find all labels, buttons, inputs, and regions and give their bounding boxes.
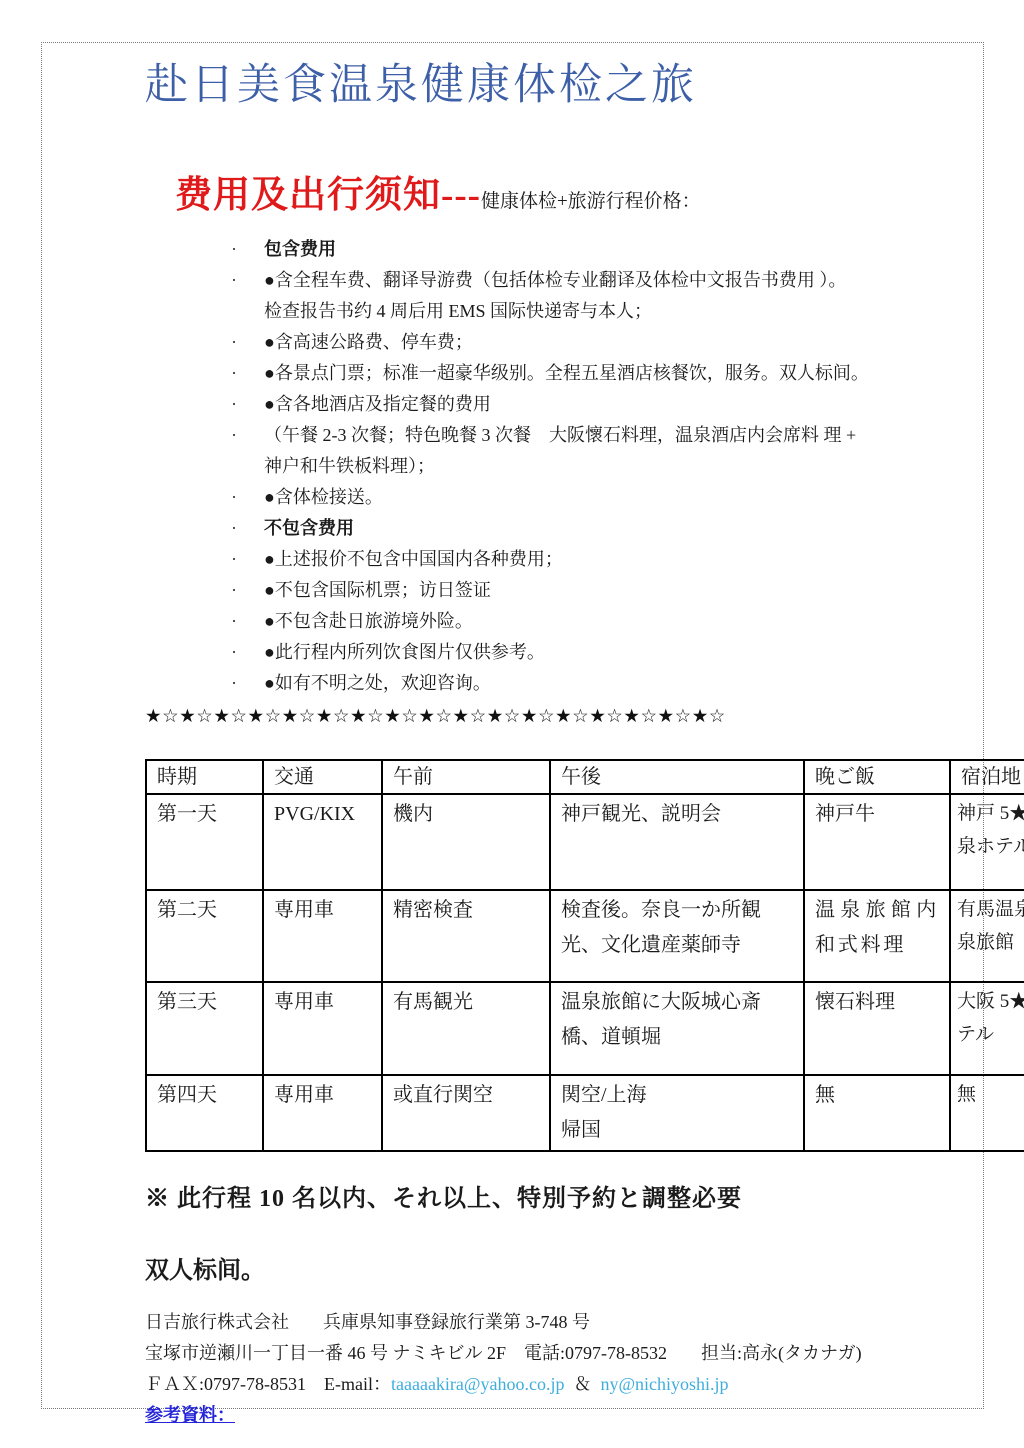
table-row: 第二天専用車精密検査検査後。奈良一か所観光、文化遺産薬師寺温泉旅館内和式料理有馬… (146, 890, 1024, 982)
bullet-text: ●如有不明之处，欢迎咨询。 (264, 668, 951, 699)
cost-bullet-list: ·包含费用·●含全程车费、翻译导游费（包括体检专业翻译及体检中文报告书费用 ）。… (145, 234, 951, 699)
table-row: 第一天PVG/KIX機内神戸観光、説明会神戸牛神戸 5★温泉ホテル (146, 794, 1024, 890)
table-cell: 無 (950, 1075, 1024, 1151)
bullet-item: ·●上述报价不包含中国国内各种费用； (145, 544, 951, 575)
bullet-text: ●不包含赴日旅游境外险。 (264, 606, 951, 637)
bullet-dot-icon: · (145, 637, 264, 668)
table-cell: 大阪 5★ホテル (950, 982, 1024, 1075)
column-header: 時期 (146, 760, 263, 794)
ampersand: ＆ (573, 1374, 591, 1394)
bullet-item: ·●各景点门票；标准一超豪华级别。全程五星酒店核餐饮，服务。双人标间。 (145, 358, 951, 389)
table-cell: 第二天 (146, 890, 263, 982)
bullet-dot-icon: · (145, 482, 264, 513)
table-cell: 専用車 (263, 982, 382, 1075)
table-cell: PVG/KIX (263, 794, 382, 890)
schedule-table-header-row: 時期交通午前午後晚ご飯宿泊地 (146, 760, 1024, 794)
bullet-dot-icon: · (145, 265, 264, 296)
table-cell: 神戸観光、説明会 (550, 794, 804, 890)
bullet-item: ·不包含费用 (145, 513, 951, 544)
bullet-dot-icon: · (145, 234, 264, 265)
bullet-text: ●此行程内所列饮食图片仅供参考。 (264, 637, 951, 668)
bullet-dot-icon: · (145, 327, 264, 358)
bullet-item: ·●不包含国际机票；访日签证 (145, 575, 951, 606)
footer-fax-email-line: ＦＡＸ:0797-78-8531E-mail：taaaaakira@yahoo.… (145, 1369, 951, 1400)
table-cell: 有馬観光 (382, 982, 550, 1075)
page-content: 赴日美食温泉健康体检之旅 费用及出行须知---健康体检+旅游行程价格： ·包含费… (145, 60, 951, 1431)
bullet-dot-icon: · (145, 668, 264, 699)
column-header: 晚ご飯 (804, 760, 950, 794)
table-row: 第三天専用車有馬観光温泉旅館に大阪城心斎橋、道頓堀懐石料理大阪 5★ホテル (146, 982, 1024, 1075)
bullet-item: ·●含高速公路费、停车费； (145, 327, 951, 358)
section-heading-red: 费用及出行须知--- (175, 175, 481, 216)
bullet-item: ·●不包含赴日旅游境外险。 (145, 606, 951, 637)
email-link-1[interactable]: taaaaakira@yahoo.co.jp (391, 1374, 565, 1394)
footer-reference-line: 参考資料： (145, 1400, 951, 1431)
table-cell: 機内 (382, 794, 550, 890)
table-cell: 或直行関空 (382, 1075, 550, 1151)
reference-link[interactable]: 参考資料： (145, 1405, 235, 1425)
page-title: 赴日美食温泉健康体检之旅 (145, 60, 951, 112)
column-header: 宿泊地 (950, 760, 1024, 794)
bullet-item: ·●含全程车费、翻译导游费（包括体检专业翻译及体检中文报告书费用 ）。 检查报告… (145, 265, 951, 327)
bullet-text: ●含体检接送。 (264, 482, 951, 513)
company-address: 宝塚市逆瀬川一丁目一番 46 号 ナミキビル 2F (145, 1343, 506, 1363)
footer-company-line: 日吉旅行株式会社兵庫県知事登録旅行業第 3-748 号 (145, 1307, 951, 1338)
fax-number: ＦＡＸ:0797-78-8531 (145, 1374, 306, 1394)
footer-address-line: 宝塚市逆瀬川一丁目一番 46 号 ナミキビル 2F電話:0797-78-8532… (145, 1338, 951, 1369)
table-cell: 温泉旅館内和式料理 (804, 890, 950, 982)
bullet-dot-icon: · (145, 420, 264, 451)
bullet-item: ·●如有不明之处，欢迎咨询。 (145, 668, 951, 699)
bullet-item: ·包含费用 (145, 234, 951, 265)
bullet-text: ●上述报价不包含中国国内各种费用； (264, 544, 951, 575)
bullet-text: ●各景点门票；标准一超豪华级别。全程五星酒店核餐饮，服务。双人标间。 (264, 358, 951, 389)
table-cell: 第三天 (146, 982, 263, 1075)
table-cell: 第四天 (146, 1075, 263, 1151)
license-number: 兵庫県知事登録旅行業第 3-748 号 (323, 1312, 590, 1332)
bullet-text: （午餐 2-3 次餐；特色晚餐 3 次餐 大阪懷石料理，温泉酒店内会席料 理 +… (264, 420, 951, 482)
company-name: 日吉旅行株式会社 (145, 1312, 289, 1332)
contact-person: 担当:高永(タカナガ) (701, 1343, 862, 1363)
footer: 日吉旅行株式会社兵庫県知事登録旅行業第 3-748 号 宝塚市逆瀬川一丁目一番 … (145, 1307, 951, 1431)
bullet-dot-icon: · (145, 544, 264, 575)
bullet-text: ●含全程车费、翻译导游费（包括体检专业翻译及体检中文报告书费用 ）。 检查报告书… (264, 265, 951, 327)
room-type-line: 双人标间。 (145, 1250, 951, 1285)
table-cell: 関空/上海 帰国 (550, 1075, 804, 1151)
bullet-item: ·●此行程内所列饮食图片仅供参考。 (145, 637, 951, 668)
bullet-text: ●含高速公路费、停车费； (264, 327, 951, 358)
document-page: 赴日美食温泉健康体检之旅 费用及出行须知---健康体检+旅游行程价格： ·包含费… (0, 0, 1024, 1448)
bullet-text: 包含费用 (264, 234, 951, 265)
table-row: 第四天専用車或直行関空関空/上海 帰国無無 (146, 1075, 1024, 1151)
table-cell: 懐石料理 (804, 982, 950, 1075)
table-cell: 精密検査 (382, 890, 550, 982)
email-link-2[interactable]: ny@nichiyoshi.jp (600, 1374, 728, 1394)
bullet-dot-icon: · (145, 575, 264, 606)
bullet-dot-icon: · (145, 389, 264, 420)
table-cell: 第一天 (146, 794, 263, 890)
table-cell: 無 (804, 1075, 950, 1151)
table-cell: 神戸牛 (804, 794, 950, 890)
table-cell: 温泉旅館に大阪城心斎橋、道頓堀 (550, 982, 804, 1075)
bullet-text: 不包含费用 (264, 513, 951, 544)
section-heading: 费用及出行须知---健康体检+旅游行程价格： (175, 164, 951, 218)
itinerary-table: 時期交通午前午後晚ご飯宿泊地 第一天PVG/KIX機内神戸観光、説明会神戸牛神戸… (145, 759, 1024, 1152)
table-cell: 専用車 (263, 1075, 382, 1151)
star-divider: ★☆★☆★☆★☆★☆★☆★☆★☆★☆★☆★☆★☆★☆★☆★☆★☆★☆ (145, 706, 951, 728)
table-cell: 検査後。奈良一か所観光、文化遺産薬師寺 (550, 890, 804, 982)
bullet-item: ·●含各地酒店及指定餐的费用 (145, 389, 951, 420)
table-cell: 有馬温泉温泉旅館 (950, 890, 1024, 982)
section-heading-sub: 健康体检+旅游行程价格： (481, 191, 701, 212)
column-header: 午後 (550, 760, 804, 794)
schedule-table-body: 第一天PVG/KIX機内神戸観光、説明会神戸牛神戸 5★温泉ホテル第二天専用車精… (146, 794, 1024, 1151)
email-label: E-mail： (324, 1374, 391, 1394)
column-header: 午前 (382, 760, 550, 794)
bullet-dot-icon: · (145, 358, 264, 389)
table-cell: 神戸 5★温泉ホテル (950, 794, 1024, 890)
bullet-text: ●含各地酒店及指定餐的费用 (264, 389, 951, 420)
bullet-item: ·（午餐 2-3 次餐；特色晚餐 3 次餐 大阪懷石料理，温泉酒店内会席料 理 … (145, 420, 951, 482)
note-line: ※ 此行程 10 名以内、それ以上、特別予約と調整必要 (145, 1178, 951, 1213)
phone-number: 電話:0797-78-8532 (524, 1343, 667, 1363)
table-cell: 専用車 (263, 890, 382, 982)
column-header: 交通 (263, 760, 382, 794)
bullet-dot-icon: · (145, 513, 264, 544)
bullet-item: ·●含体检接送。 (145, 482, 951, 513)
bullet-text: ●不包含国际机票；访日签证 (264, 575, 951, 606)
bullet-dot-icon: · (145, 606, 264, 637)
